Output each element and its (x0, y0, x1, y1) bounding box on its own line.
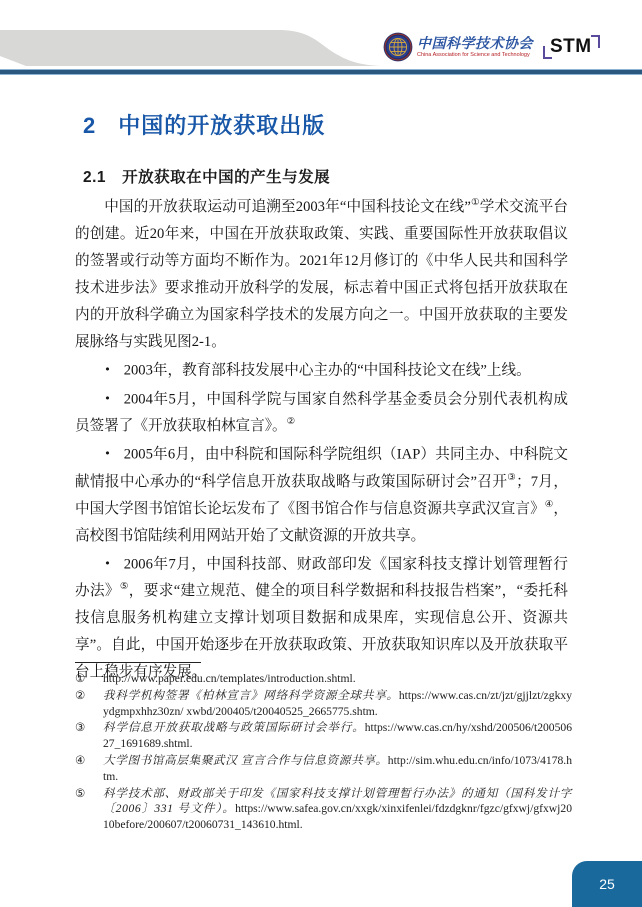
footnote-separator (75, 662, 201, 663)
footnote-3: ③ 科学信息开放获取战略与政策国际研讨会举行。https://www.cas.c… (75, 720, 572, 752)
bullet-item-2006: •2006年7月，中国科技部、财政部印发《国家科技支撑计划管理暂行办法》⑤，要求… (75, 550, 568, 687)
footnote-1-number: ① (75, 671, 85, 687)
chapter-title: 中国的开放获取出版 (118, 109, 325, 140)
footnote-4-number: ④ (75, 753, 85, 769)
section-number: 2.1 (83, 169, 106, 187)
bullet-item-2003: •2003年，教育部科技发展中心主办的“中国科技论文在线”上线。 (75, 356, 568, 385)
chapter-heading: 2 中国的开放获取出版 (83, 109, 325, 140)
stm-bracket-bottom-left-icon (543, 46, 552, 59)
bullet-item-2005: •2005年6月，由中科院和国际科学院组织（IAP）共同主办、中科院文献情报中心… (75, 440, 568, 550)
header-swoosh-graphic (0, 28, 385, 68)
footnotes: ① http://www.paper.edu.cn/templates/intr… (75, 671, 572, 834)
bullet-item-2004: •2004年5月，中国科学院与国家自然科学基金委员会分别代表机构成员签署了《开放… (75, 385, 568, 441)
footnote-1: ① http://www.paper.edu.cn/templates/intr… (75, 671, 572, 687)
footnote-5: ⑤ 科学技术部、财政部关于印发《国家科技支撑计划管理暂行办法》的通知（国科发计字… (75, 786, 572, 833)
header-divider-bar (0, 69, 642, 75)
cast-globe-emblem-icon (383, 32, 413, 62)
page-number: 25 (599, 876, 615, 892)
stm-logo: STM (543, 35, 600, 59)
intro-paragraph: 中国的开放获取运动可追溯至2003年“中国科技论文在线”①学术交流平台的创建。近… (75, 194, 568, 356)
footnote-3-text: 科学信息开放获取战略与政策国际研讨会举行。https://www.cas.cn/… (103, 721, 572, 750)
stm-logo-label: STM (550, 36, 592, 57)
cast-logo-text: 中国科学技术协会 China Association for Science a… (417, 35, 529, 59)
cast-name-en: China Association for Science and Techno… (417, 52, 529, 59)
footnote-5-text: 科学技术部、财政部关于印发《国家科技支撑计划管理暂行办法》的通知（国科发计字〔2… (103, 787, 572, 832)
footnote-4: ④ 大学图书馆高层集聚武汉 宣言合作与信息资源共享。http://sim.whu… (75, 753, 572, 785)
header-logos: 中国科学技术协会 China Association for Science a… (383, 29, 600, 65)
section-title: 开放获取在中国的产生与发展 (122, 165, 330, 187)
stm-bracket-top-right-icon (591, 35, 600, 48)
footnote-2-number: ② (75, 688, 85, 704)
chapter-number: 2 (83, 113, 96, 139)
page-number-box: 25 (572, 861, 642, 907)
cast-name-zh: 中国科学技术协会 (417, 35, 529, 51)
section-heading: 2.1 开放获取在中国的产生与发展 (83, 165, 330, 187)
footnote-2-text: 我科学机构签署《柏林宣言》网络科学资源全球共享。https://www.cas.… (103, 689, 572, 718)
footnote-4-text: 大学图书馆高层集聚武汉 宣言合作与信息资源共享。http://sim.whu.e… (103, 754, 572, 783)
cast-logo: 中国科学技术协会 China Association for Science a… (383, 32, 529, 62)
footnote-5-number: ⑤ (75, 786, 85, 802)
footnote-2: ② 我科学机构签署《柏林宣言》网络科学资源全球共享。https://www.ca… (75, 688, 572, 720)
footnote-3-number: ③ (75, 720, 85, 736)
footnote-1-text: http://www.paper.edu.cn/templates/introd… (103, 672, 356, 685)
body-text: 中国的开放获取运动可追溯至2003年“中国科技论文在线”①学术交流平台的创建。近… (75, 194, 568, 686)
